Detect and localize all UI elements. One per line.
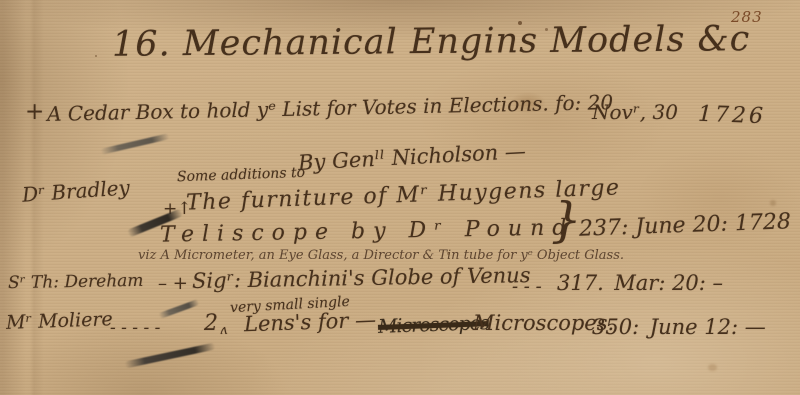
entry-lenses-contributor: Mʳ Moliere (6, 308, 113, 334)
entry-venus-item: Sigʳ: Bianchini's Globe of Venus (192, 263, 531, 293)
entry-cedar-box-year: 1726 (698, 102, 767, 129)
entry-lenses-quantity: 2 (204, 311, 218, 336)
entry-cedar-box-margin-mark: + (25, 99, 44, 125)
entry-venus-dots: - - - (512, 276, 542, 297)
ink-speckle (545, 28, 548, 31)
entry-venus-contributor: Sʳ Th: Dereham (8, 271, 144, 293)
entry-huygens-insertion-note: Some additions to (177, 165, 306, 185)
entry-lenses-reference: 350: June 12: — (592, 315, 766, 339)
entry-huygens-detail: viz A Micrometer, an Eye Glass, a Direct… (138, 248, 624, 263)
entry-venus-reference: 317. Mar: 20: – (557, 271, 723, 295)
entry-huygens-item-line2: Teliscope by Dʳ Pound (160, 215, 575, 247)
manuscript-page: 283 16. Mechanical Engins Models &c + A … (0, 0, 800, 395)
age-spot (770, 200, 776, 206)
entry-lenses-item: Lens's for — (244, 308, 377, 337)
entry-cedar-box-date: Novʳ, 30 (592, 100, 678, 124)
entry-cedar-box-text: A Cedar Box to hold yᵉ List for Votes in… (47, 90, 613, 126)
ink-speckle (447, 252, 450, 255)
ink-speckle (518, 21, 522, 25)
pencil-mark (124, 343, 215, 369)
entry-huygens-contributor: Dʳ Bradley (21, 175, 130, 206)
age-spot (708, 364, 717, 371)
entry-huygens-reference: 237: June 20: 1728 (579, 209, 792, 241)
pencil-mark (158, 299, 200, 319)
pencil-mark (100, 133, 170, 155)
entry-venus-connector: – + (158, 273, 188, 294)
page-heading: 16. Mechanical Engins Models &c (112, 19, 751, 65)
ink-speckle (95, 55, 97, 57)
entry-lenses-dots: - - - - - (110, 318, 160, 338)
entry-lenses-caret: ʌ (220, 323, 227, 338)
entry-huygens-brace: } (551, 192, 582, 248)
entry-cedar-box-attribution: By Genˡˡ Nicholson — (298, 139, 527, 175)
